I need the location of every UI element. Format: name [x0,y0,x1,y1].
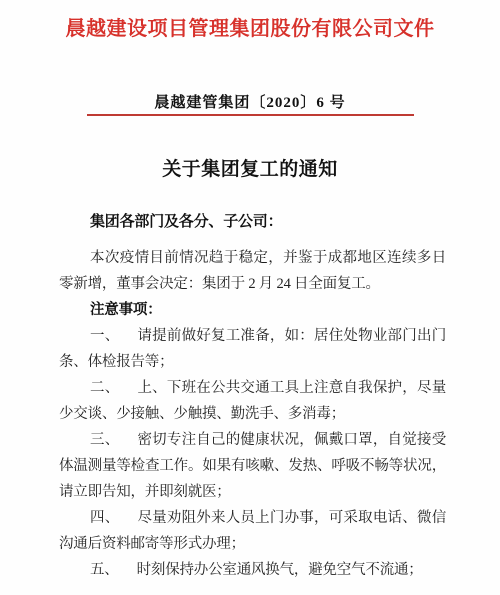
item-number: 四、 [90,510,119,526]
intro-paragraph: 本次疫情目前情况趋于稳定，并鉴于成都地区连续多日零新增，董事会决定：集团于 2 … [59,245,446,297]
item-number: 三、 [90,432,119,448]
notice-item: 四、尽量劝阻外来人员上门办事，可采取电话、微信沟通后资料邮寄等形式办理； [59,505,446,557]
header-divider-rule [87,114,414,116]
document-number: 晨越建管集团〔2020〕6 号 [0,95,500,112]
document-page: 晨越建设项目管理集团股份有限公司文件 晨越建管集团〔2020〕6 号 关于集团复… [0,0,500,595]
salutation: 集团各部门及各分、子公司： [59,209,446,235]
item-number: 五、 [90,562,119,578]
document-header-title: 晨越建设项目管理集团股份有限公司文件 [0,14,500,44]
notice-item: 一、请提前做好复工准备，如：居住处物业部门出门条、体检报告等； [59,323,446,375]
item-number: 二、 [90,380,119,396]
notice-item: 三、密切专注自己的健康状况，佩戴口罩，自觉接受体温测量等检查工作。如果有咳嗽、发… [59,427,446,505]
item-text: 时刻保持办公室通风换气，避免空气不流通； [137,562,423,578]
notice-item: 二、上、下班在公共交通工具上注意自我保护，尽量少交谈、少接触、少触摸、勤洗手、多… [59,375,446,427]
document-subject-title: 关于集团复工的通知 [0,159,500,181]
notice-items-list: 一、请提前做好复工准备，如：居住处物业部门出门条、体检报告等；二、上、下班在公共… [59,323,446,583]
notes-heading: 注意事项： [59,297,446,323]
document-body: 集团各部门及各分、子公司： 本次疫情目前情况趋于稳定，并鉴于成都地区连续多日零新… [59,209,446,583]
notice-item: 五、时刻保持办公室通风换气，避免空气不流通； [59,557,446,583]
item-number: 一、 [90,328,119,344]
